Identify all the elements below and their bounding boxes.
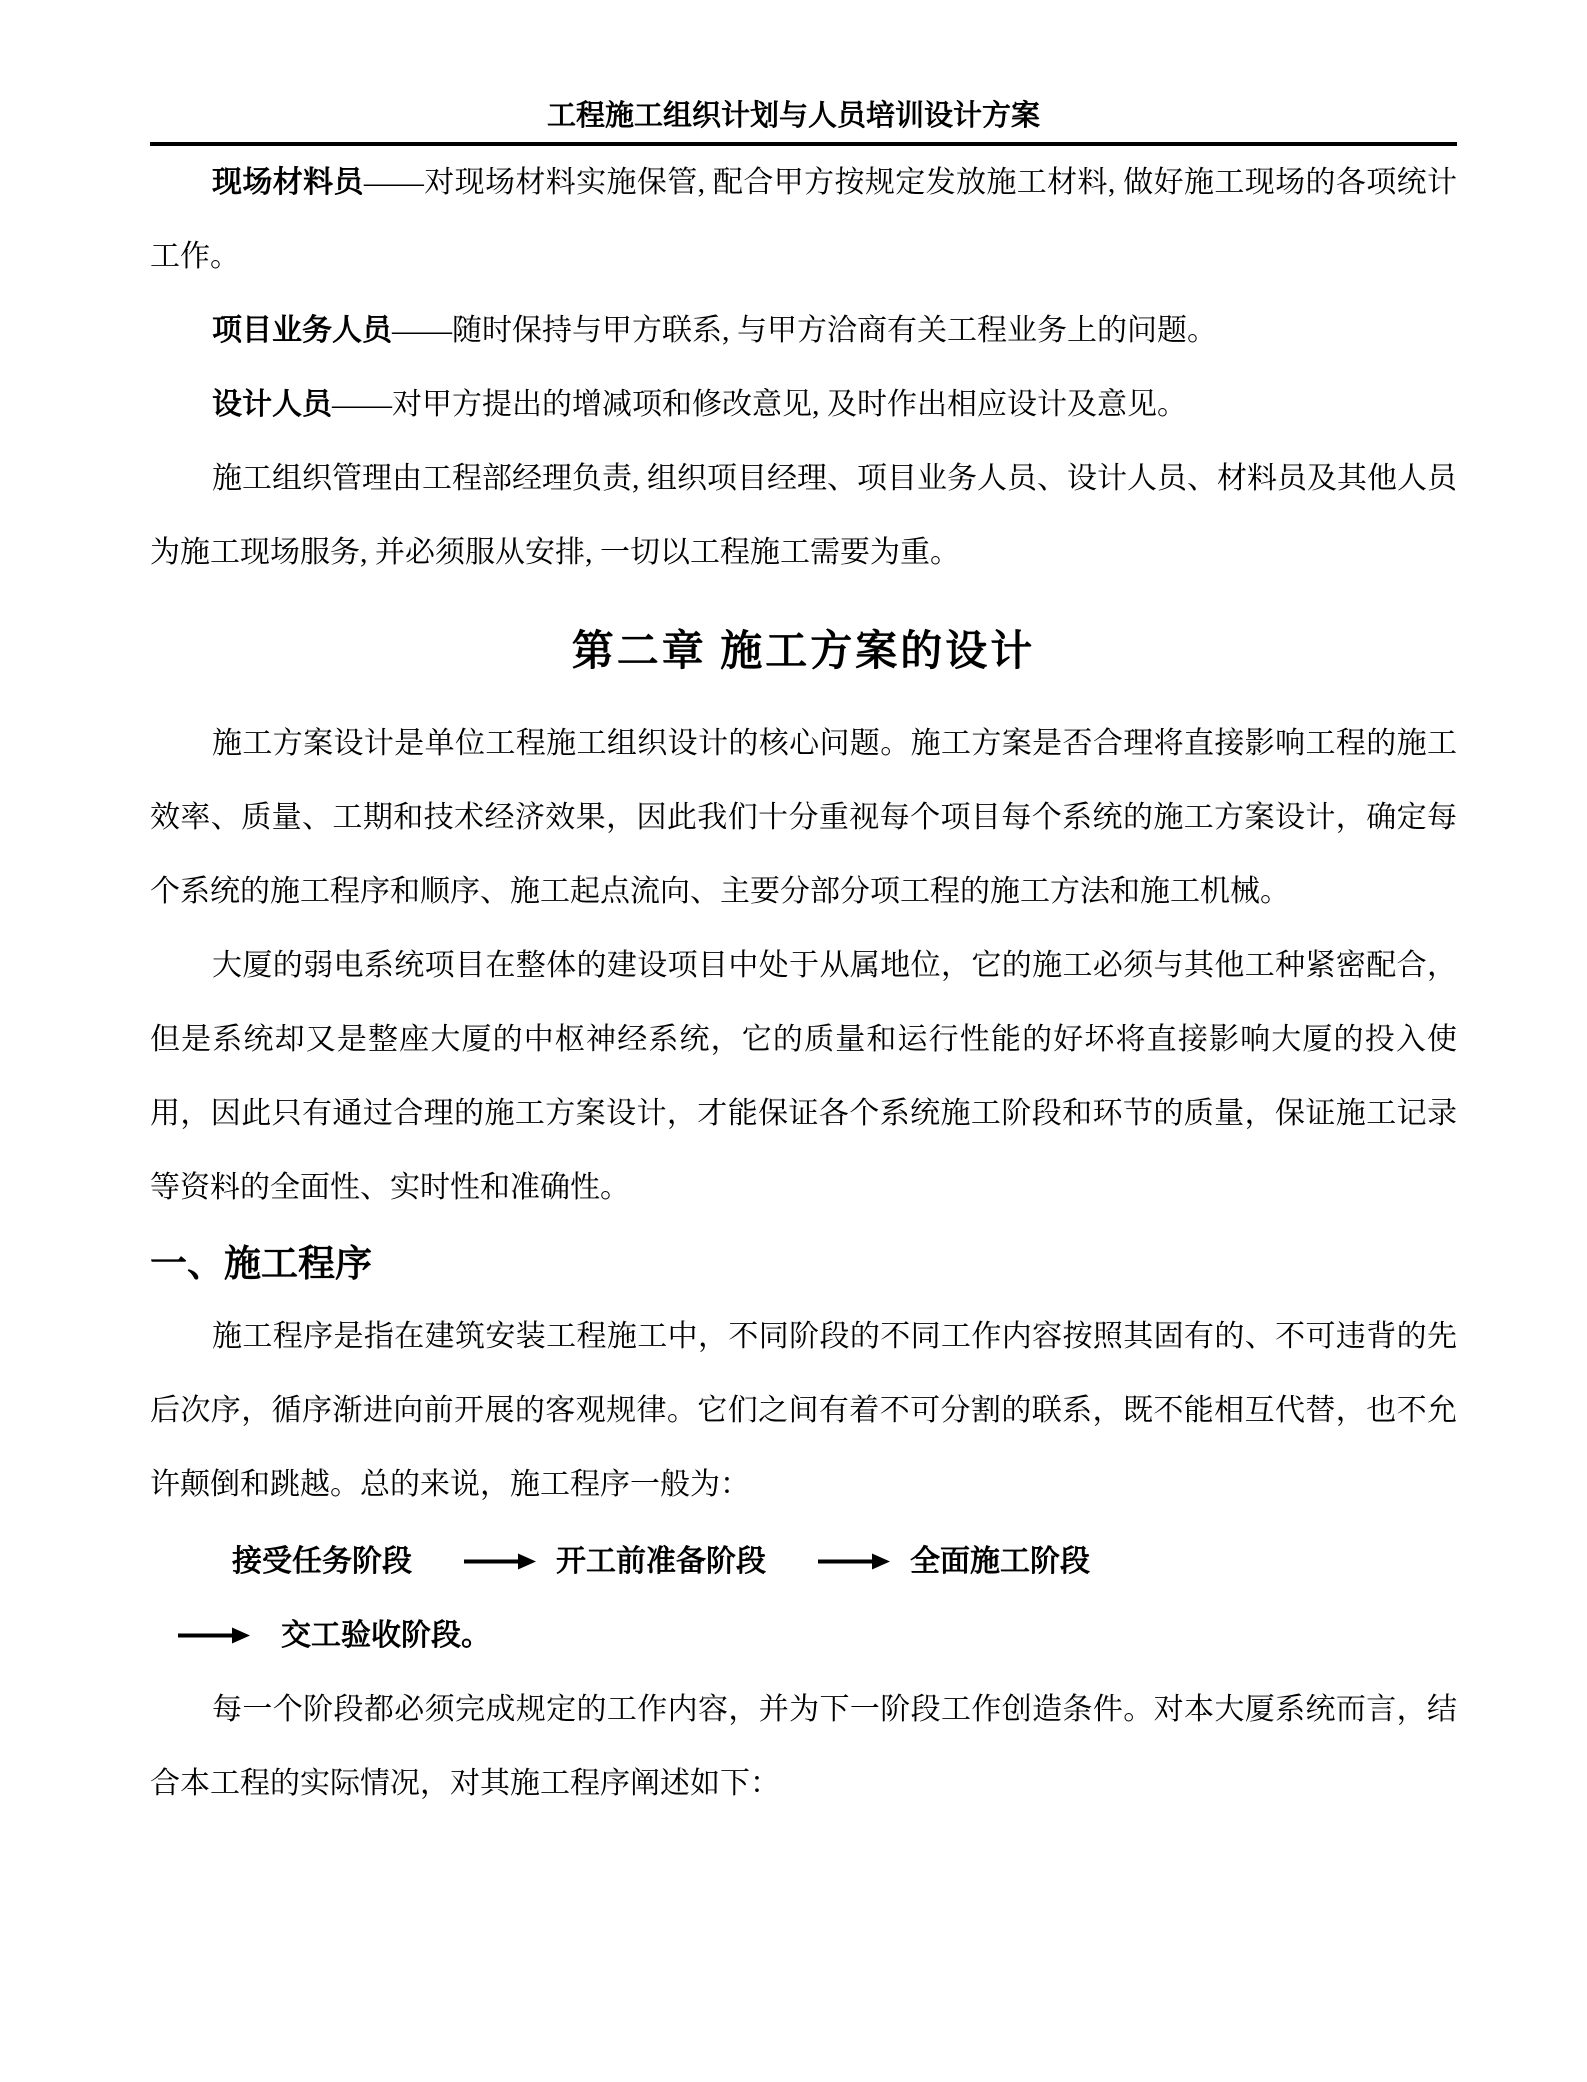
document-body: 现场材料员——对现场材料实施保管, 配合甲方按规定发放施工材料, 做好施工现场的… — [150, 146, 1457, 1821]
role-lead-materials: 现场材料员 — [212, 166, 364, 199]
paragraph-role-design: 设计人员——对甲方提出的增减项和修改意见, 及时作出相应设计及意见。 — [150, 368, 1457, 442]
flow-stage-accept: 接受任务阶段 — [232, 1525, 412, 1599]
construction-sequence-flow: 接受任务阶段 开工前准备阶段 全面施工阶段 交工验收阶段。 — [150, 1525, 1457, 1673]
role-text-business: ——随时保持与甲方联系, 与甲方洽商有关工程业务上的问题。 — [392, 314, 1217, 347]
paragraph-role-business: 项目业务人员——随时保持与甲方联系, 与甲方洽商有关工程业务上的问题。 — [150, 294, 1457, 368]
flow-line-1: 接受任务阶段 开工前准备阶段 全面施工阶段 — [150, 1525, 1457, 1599]
arrow-right-icon — [178, 1622, 250, 1650]
chapter-title: 第二章 施工方案的设计 — [150, 597, 1457, 707]
paragraph-procedure-closing: 每一个阶段都必须完成规定的工作内容，并为下一阶段工作创造条件。对本大厦系统而言，… — [150, 1673, 1457, 1821]
flow-stage-preparation: 开工前准备阶段 — [556, 1525, 766, 1599]
role-text-design: ——对甲方提出的增减项和修改意见, 及时作出相应设计及意见。 — [332, 388, 1187, 421]
paragraph-management: 施工组织管理由工程部经理负责, 组织项目经理、项目业务人员、设计人员、材料员及其… — [150, 442, 1457, 590]
flow-stage-full-construction: 全面施工阶段 — [910, 1525, 1090, 1599]
section-heading-procedure: 一、施工程序 — [150, 1230, 1457, 1300]
role-lead-design: 设计人员 — [212, 388, 332, 421]
arrow-right-icon — [818, 1548, 890, 1576]
flow-line-2: 交工验收阶段。 — [150, 1599, 1457, 1673]
paragraph-role-materials: 现场材料员——对现场材料实施保管, 配合甲方按规定发放施工材料, 做好施工现场的… — [150, 146, 1457, 294]
paragraph-procedure-intro: 施工程序是指在建筑安装工程施工中，不同阶段的不同工作内容按照其固有的、不可违背的… — [150, 1300, 1457, 1522]
paragraph-weak-current: 大厦的弱电系统项目在整体的建设项目中处于从属地位，它的施工必须与其他工种紧密配合… — [150, 929, 1457, 1225]
arrow-right-icon — [464, 1548, 536, 1576]
flow-stage-handover: 交工验收阶段。 — [281, 1599, 491, 1673]
paragraph-scheme-core: 施工方案设计是单位工程施工组织设计的核心问题。施工方案是否合理将直接影响工程的施… — [150, 707, 1457, 929]
page-header-title: 工程施工组织计划与人员培训设计方案 — [0, 0, 1587, 136]
document-page: 工程施工组织计划与人员培训设计方案 现场材料员——对现场材料实施保管, 配合甲方… — [0, 0, 1587, 2082]
role-lead-business: 项目业务人员 — [212, 314, 392, 347]
